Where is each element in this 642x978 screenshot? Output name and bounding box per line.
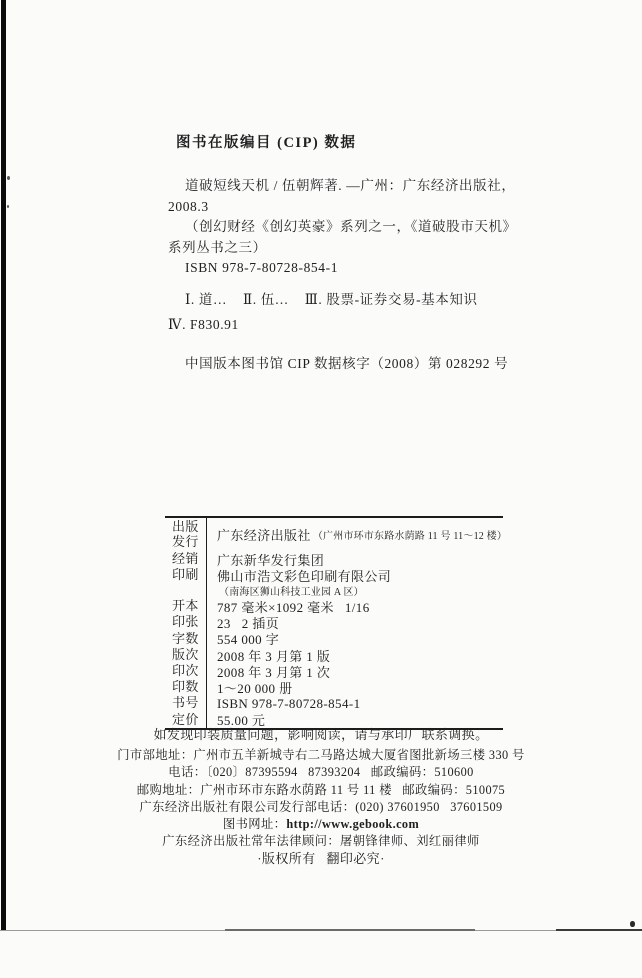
row-value-text: 广东经济出版社 (217, 525, 311, 544)
row-label: 开本 (165, 599, 206, 614)
colophon-row-distributor: 经销 广东新华发行集团 (165, 551, 503, 567)
row-label: 字数 (165, 632, 206, 647)
row-note-text: （广州市环市东路水荫路 11 号 11～12 楼） (311, 527, 507, 542)
colophon-row-wordcount: 字数 554 000 字 (165, 631, 503, 647)
row-value: 1～20 000 册 (206, 678, 503, 697)
phone-line: 电话：〔020〕87395594 87393204 邮政编码：510600 (101, 764, 541, 781)
row-label: 印张 (165, 615, 206, 630)
colophon-row-format: 开本 787 毫米×1092 毫米 1/16 (165, 598, 503, 614)
row-value: 广东经济出版社（广州市环市东路水荫路 11 号 11～12 楼） (206, 518, 507, 551)
row-label: 定价 (165, 713, 206, 728)
series-note-line: （创幻财经《创幻英豪》系列之一，《道破股市天机》 (168, 217, 517, 238)
row-label-text: 定价 (172, 713, 199, 728)
colophon-row-isbn: 书号 ISBN 978-7-80728-854-1 (165, 696, 503, 712)
website-label: 图书网址： (223, 817, 287, 831)
classification-line: Ⅰ. 道… Ⅱ. 伍… Ⅲ. 股票-证券交易-基本知识 (168, 288, 478, 313)
distribution-phone-line: 广东经济出版社有限公司发行部电话：(020) 37601950 37601509 (101, 799, 541, 816)
legal-advisor-line: 广东经济出版社常年法律顾问：屠朝锋律师、刘红丽律师 (101, 833, 541, 850)
series-note-line: 系列丛书之三） (168, 238, 517, 259)
row-value-text: 1～20 000 册 (217, 678, 293, 697)
row-label: 版次 (165, 648, 206, 663)
cip-header: 图书在版编目 (CIP) 数据 (176, 131, 356, 152)
row-label-text: 字数 (172, 632, 199, 647)
cip-record-number: 中国版本图书馆 CIP 数据核字（2008）第 028292 号 (168, 352, 508, 372)
footer-block: 如发现印装质量问题，影响阅读，请与承印厂联系调换。 门市部地址：广州市五羊新城寺… (101, 726, 541, 868)
colophon-row-publisher: 出版 发行 广东经济出版社（广州市环市东路水荫路 11 号 11～12 楼） (165, 518, 503, 551)
row-label: 出版 发行 (165, 520, 206, 549)
row-label: 经销 (165, 552, 206, 567)
row-label-text: 出版 发行 (172, 520, 199, 549)
row-label: 印次 (165, 664, 206, 679)
quality-notice: 如发现印装质量问题，影响阅读，请与承印厂联系调换。 (101, 726, 541, 743)
row-label-text: 书号 (172, 696, 199, 711)
ink-spot (630, 921, 635, 927)
row-label-text: 经销 (172, 552, 199, 567)
scan-left-edge (1, 0, 6, 931)
colophon-row-printer: 印刷 佛山市浩文彩色印刷有限公司 (165, 567, 503, 583)
isbn-line: ISBN 978-7-80728-854-1 (168, 258, 517, 279)
row-label-text: 印张 (172, 615, 199, 630)
row-label-text: 版次 (172, 648, 199, 663)
row-label: 印刷 (165, 568, 206, 583)
website-url: http://www.gebook.com (286, 817, 419, 831)
scan-speck (7, 176, 10, 180)
page-bottom-edge-shadow (225, 929, 475, 931)
row-label-text: 印数 (172, 680, 199, 695)
row-label: 印数 (165, 680, 206, 695)
row-label: 书号 (165, 696, 206, 711)
page-bottom-edge-shadow (556, 929, 642, 931)
cip-entry-line: 道破短线天机 / 伍朝辉著. —广州：广东经济出版社， (168, 176, 517, 197)
store-address-line: 门市部地址：广州市五羊新城寺右二马路达城大厦省图批新场三楼 330 号 (101, 747, 541, 764)
row-value-text: ISBN 978-7-80728-854-1 (217, 696, 361, 712)
scan-speck (7, 205, 9, 208)
copyright-line: ·版权所有 翻印必究· (101, 850, 541, 867)
cip-entry-year: 2008.3 (168, 197, 517, 218)
colophon-table: 出版 发行 广东经济出版社（广州市环市东路水荫路 11 号 11～12 楼） 经… (165, 516, 503, 730)
row-value-text: 佛山市浩文彩色印刷有限公司 (217, 566, 391, 585)
row-label-text: 印次 (172, 664, 199, 679)
colophon-row-edition: 版次 2008 年 3 月第 1 版 (165, 647, 503, 663)
colophon-row-impression: 印次 2008 年 3 月第 1 次 (165, 663, 503, 679)
website-line: 图书网址：http://www.gebook.com (101, 816, 541, 833)
mail-order-line: 邮购地址：广州市环市东路水荫路 11 号 11 楼 邮政编码：510075 (101, 782, 541, 799)
cip-entry-block: 道破短线天机 / 伍朝辉著. —广州：广东经济出版社， 2008.3 （创幻财经… (168, 176, 517, 279)
classification-block: Ⅰ. 道… Ⅱ. 伍… Ⅲ. 股票-证券交易-基本知识 Ⅳ. F830.91 (168, 288, 478, 337)
row-label-text: 印刷 (172, 568, 199, 583)
row-value: ISBN 978-7-80728-854-1 (206, 696, 503, 712)
classification-line: Ⅳ. F830.91 (168, 313, 478, 338)
row-value: 佛山市浩文彩色印刷有限公司 (206, 566, 503, 585)
row-label-text: 开本 (172, 599, 199, 614)
colophon-row-sheets: 印张 23 2 插页 (165, 615, 503, 631)
colophon-row-printrun: 印数 1～20 000 册 (165, 679, 503, 695)
